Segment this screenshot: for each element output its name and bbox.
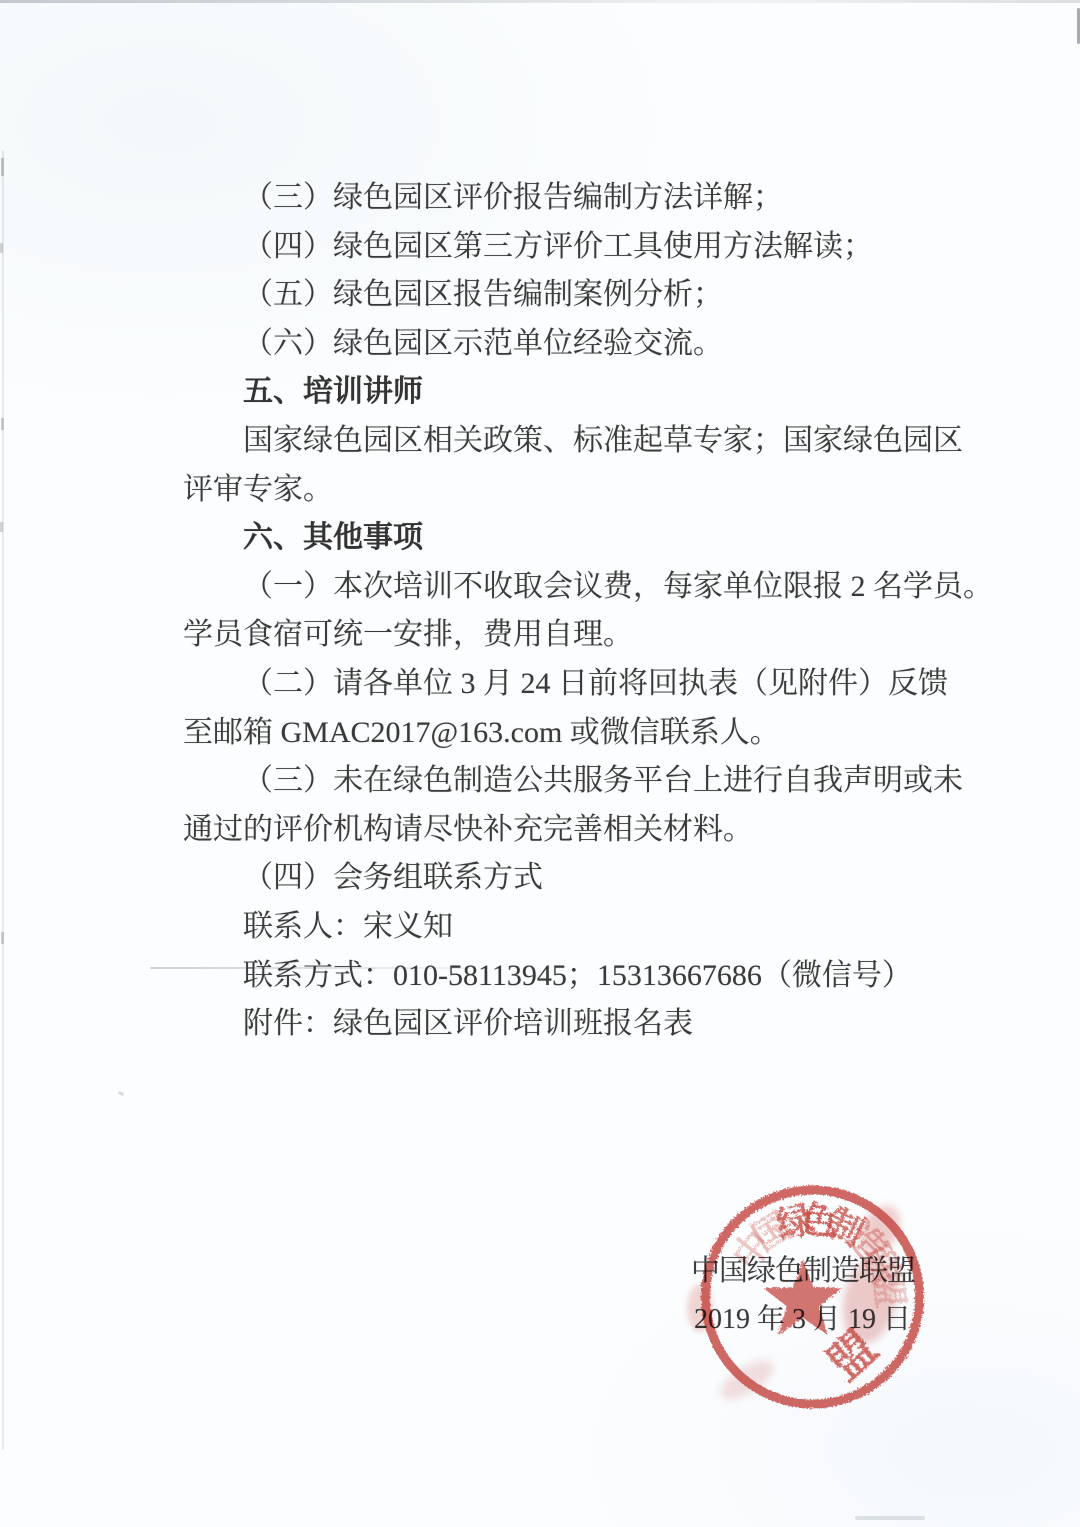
text-line: 学员食宿可统一安排，费用自理。	[183, 611, 909, 660]
scan-mark	[1, 418, 4, 430]
signature-date: 2019 年 3 月 19 日	[694, 1297, 911, 1337]
text-line: 通过的评价机构请尽快补充完善相关材料。	[183, 806, 909, 855]
signature-org: 中国绿色制造联盟	[691, 1248, 915, 1289]
scan-mark-bottom	[855, 1516, 925, 1520]
text-line: （六）绿色园区示范单位经验交流。	[183, 320, 909, 369]
seal-ring-char: 制	[819, 1201, 870, 1255]
text-line: 附件：绿色园区评价培训班报名表	[183, 1000, 909, 1049]
seal-ink-smudge	[715, 1353, 780, 1407]
scan-mark-top-edge	[0, 0, 1080, 3]
scan-mark	[0, 522, 3, 532]
document-body: （三）绿色园区评价报告编制方法详解；（四）绿色园区第三方评价工具使用方法解读；（…	[183, 174, 909, 1049]
text-line: （一）本次培训不收取会议费，每家单位限报 2 名学员。	[183, 563, 909, 612]
scan-mark-left-line	[2, 150, 4, 1450]
text-line: （二）请各单位 3 月 24 日前将回执表（见附件）反馈	[183, 660, 909, 709]
text-line: 评审专家。	[183, 466, 909, 515]
scanned-document-page: （三）绿色园区评价报告编制方法详解；（四）绿色园区第三方评价工具使用方法解读；（…	[0, 0, 1080, 1527]
scan-mark	[1, 158, 4, 176]
text-line: （四）绿色园区第三方评价工具使用方法解读；	[183, 223, 909, 272]
text-line: 联系人：宋义知	[183, 903, 909, 952]
seal-ring-char: 色	[799, 1199, 840, 1244]
scan-mark	[118, 1091, 125, 1096]
text-line: （三）绿色园区评价报告编制方法详解；	[183, 174, 909, 223]
text-line: （三）未在绿色制造公共服务平台上进行自我声明或未	[183, 757, 909, 806]
text-line: 联系方式：010-58113945；15313667686（微信号）	[183, 952, 909, 1001]
section-heading: 六、其他事项	[183, 514, 909, 563]
section-heading: 五、培训讲师	[183, 368, 909, 417]
text-line: 国家绿色园区相关政策、标准起草专家；国家绿色园区	[183, 417, 909, 466]
scan-mark	[1, 932, 4, 944]
seal-ring-char: 绿	[773, 1198, 818, 1247]
text-line: （四）会务组联系方式	[183, 854, 909, 903]
text-line: （五）绿色园区报告编制案例分析；	[183, 271, 909, 320]
text-line: 至邮箱 GMAC2017@163.com 或微信联系人。	[183, 709, 909, 758]
scan-mark	[0, 243, 3, 253]
